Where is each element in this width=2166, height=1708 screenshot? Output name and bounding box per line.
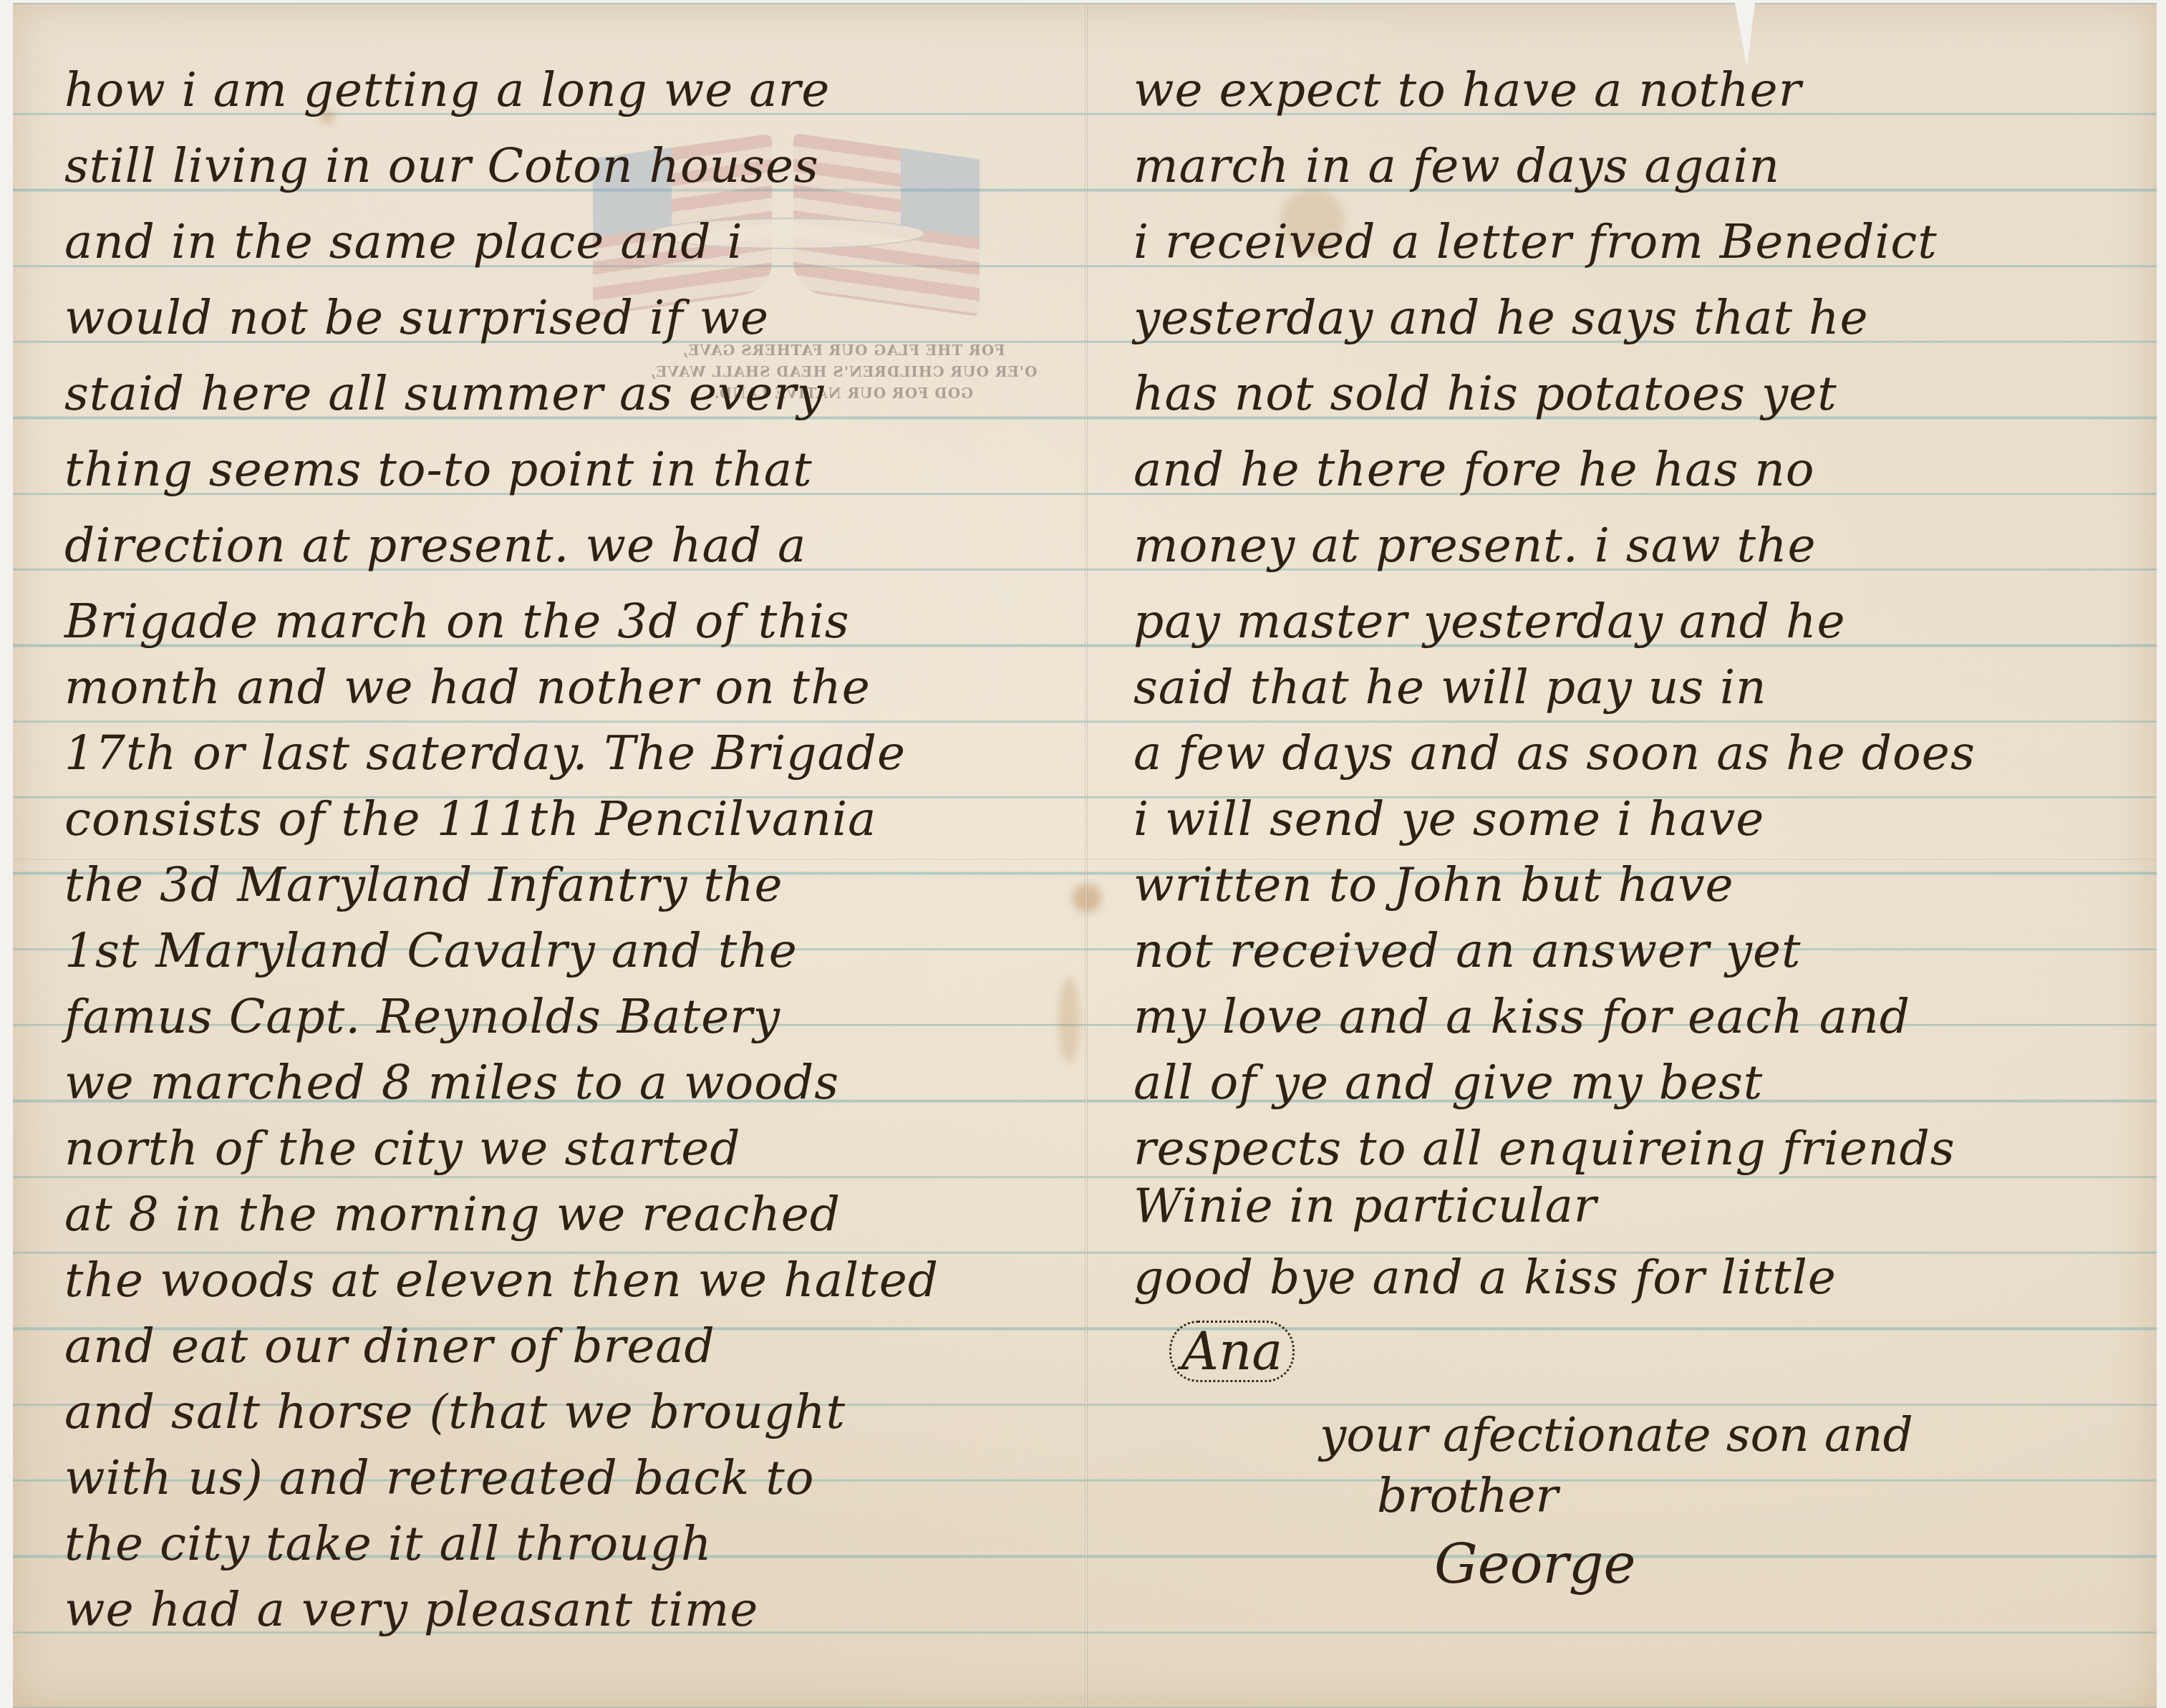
text-line: the woods at eleven then we halted: [64, 1252, 939, 1309]
text-line: not received an answer yet: [1133, 922, 1802, 980]
text-line: and eat our diner of bread: [64, 1318, 715, 1375]
text-line: said that he will pay us in: [1133, 659, 1767, 716]
text-line: we had a very pleasant time: [64, 1581, 758, 1639]
text-line: 17th or last saterday. The Brigade: [64, 725, 906, 782]
text-line: north of the city we started: [64, 1120, 741, 1177]
text-line: the city take it all through: [64, 1515, 712, 1573]
text-line: march in a few days again: [1133, 137, 1780, 195]
closing-line: brother: [1377, 1467, 1558, 1525]
center-fold: [1085, 3, 1088, 1708]
text-line: how i am getting a long we are: [64, 62, 830, 119]
letter-sheet: FOR THE FLAG OUR FATHERS GAVE, O'ER OUR …: [13, 3, 2157, 1708]
text-line: famus Capt. Reynolds Batery: [64, 988, 780, 1046]
text-line: has not sold his potatoes yet: [1133, 365, 1837, 423]
signature: George: [1434, 1535, 1635, 1593]
text-line: i received a letter from Benedict: [1133, 213, 1938, 271]
text-line: the 3d Maryland Infantry the: [64, 857, 783, 914]
text-line: pay master yesterday and he: [1133, 593, 1846, 650]
text-line: and salt horse (that we brought: [64, 1384, 846, 1441]
text-line: still living in our Coton houses: [64, 137, 819, 195]
text-line: at 8 in the morning we reached: [64, 1186, 841, 1243]
ornamented-name: Ana: [1169, 1321, 1295, 1382]
text-line: a few days and as soon as he does: [1133, 725, 1976, 782]
text-line: good bye and a kiss for little: [1133, 1249, 1837, 1306]
text-line: month and we had nother on the: [64, 659, 871, 716]
text-line: written to John but have: [1133, 857, 1734, 914]
text-line: yesterday and he says that he: [1133, 289, 1869, 347]
text-line: 1st Maryland Cavalry and the: [64, 922, 798, 980]
text-line: my love and a kiss for each and: [1133, 988, 1910, 1046]
text-line: would not be surprised if we: [64, 289, 769, 347]
text-line: consists of the 111th Pencilvania: [64, 791, 876, 848]
closing-line: your afectionate son and: [1320, 1407, 1913, 1464]
text-line: staid here all summer as every: [64, 365, 824, 423]
text-line: money at present. i saw the: [1133, 517, 1817, 574]
water-stain: [1058, 977, 1080, 1063]
text-line: respects to all enquireing friends: [1133, 1120, 1955, 1177]
text-line: we expect to have a nother: [1133, 62, 1802, 119]
text-line: with us) and retreated back to: [64, 1449, 815, 1507]
text-line: direction at present. we had a: [64, 517, 806, 574]
text-line: Winie in particular: [1133, 1177, 1597, 1235]
text-line: thing seems to-to point in that: [64, 441, 813, 498]
text-line: Brigade march on the 3d of this: [64, 593, 850, 650]
text-line: we marched 8 miles to a woods: [64, 1054, 839, 1111]
text-line: and in the same place and i: [64, 213, 743, 271]
text-line: and he there fore he has no: [1133, 441, 1815, 498]
text-line: all of ye and give my best: [1133, 1054, 1763, 1111]
text-line: i will send ye some i have: [1133, 791, 1764, 848]
